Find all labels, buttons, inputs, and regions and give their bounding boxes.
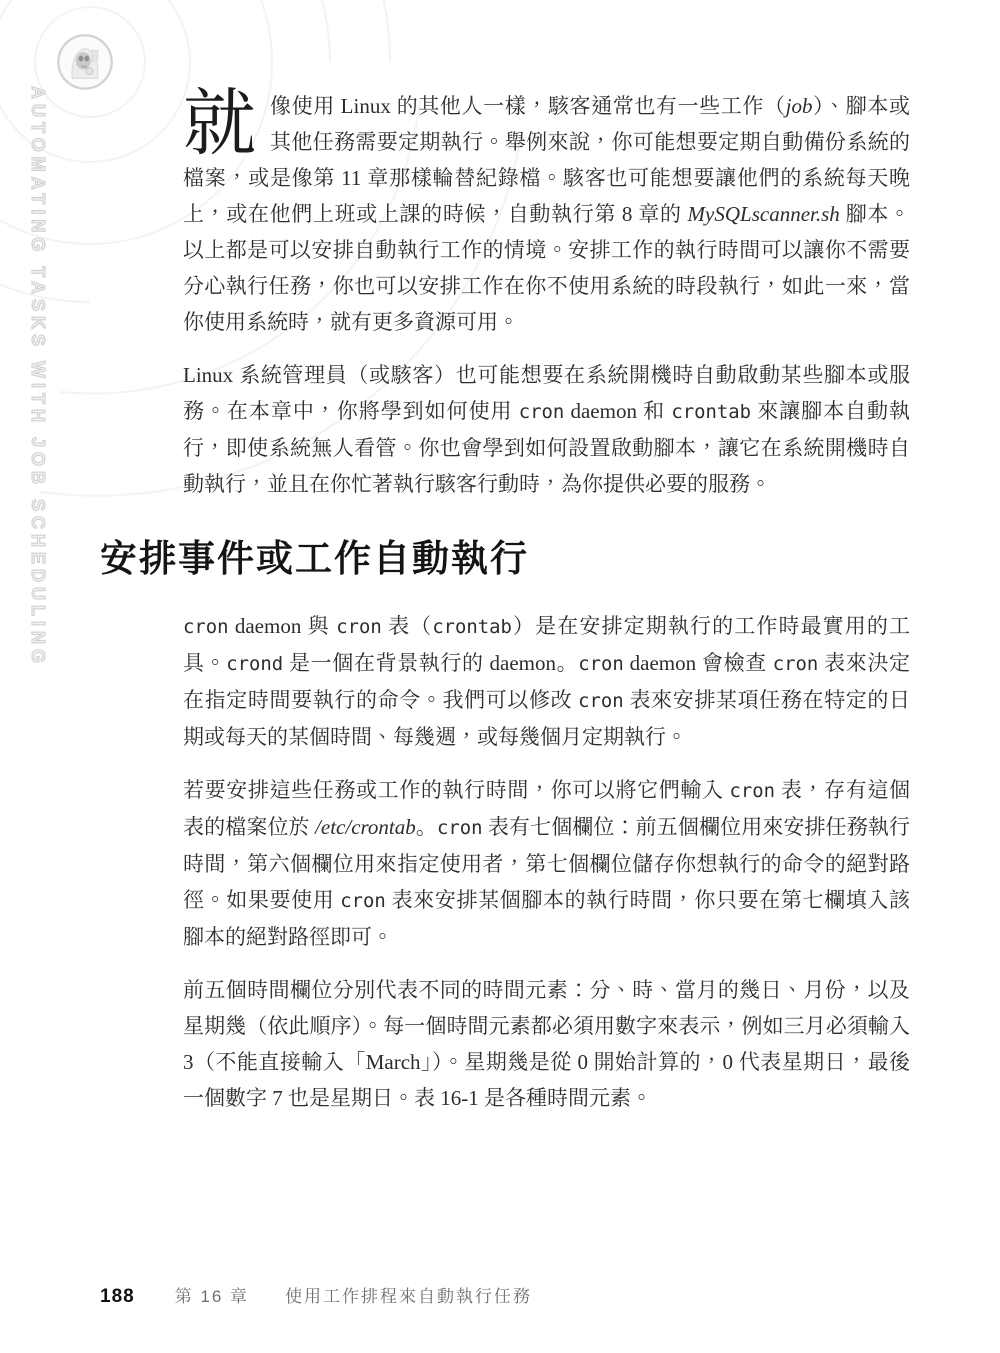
- text-run: cron: [578, 690, 624, 712]
- page-number: 188: [100, 1286, 135, 1308]
- text-run: job: [786, 94, 813, 118]
- footer-chapter-label: 第 16 章: [175, 1282, 249, 1307]
- text-run: crond: [226, 653, 283, 675]
- text-run: 像使用 Linux 的其他人一樣，駭客通常也有一些工作（: [270, 94, 786, 118]
- drop-cap: 就: [183, 88, 270, 155]
- text-run: cron: [340, 890, 386, 912]
- text-run: cron: [437, 817, 483, 839]
- chapter-banner-vertical-text: AUTOMATING TASKS WITH JOB SCHEDULING: [27, 86, 48, 746]
- text-run: cron: [183, 616, 229, 638]
- text-run: MySQLscanner.sh: [688, 202, 840, 226]
- text-run: cron: [519, 401, 565, 423]
- text-run: 。: [416, 815, 437, 839]
- hooded-hacker-medallion-icon: [56, 33, 114, 91]
- text-run: 表（: [382, 614, 433, 638]
- footer-chapter-title: 使用工作排程來自動執行任務: [285, 1282, 532, 1307]
- body-paragraph: 就像使用 Linux 的其他人一樣，駭客通常也有一些工作（job）、腳本或其他任…: [183, 88, 910, 340]
- text-run: cron: [773, 653, 819, 675]
- text-run: daemon 會檢查: [624, 651, 773, 675]
- body-paragraph: 前五個時間欄位分別代表不同的時間元素：分、時、當月的幾日、月份，以及星期幾（依此…: [183, 972, 910, 1116]
- text-run: 若要安排這些任務或工作的執行時間，你可以將它們輸入: [183, 778, 730, 802]
- text-run: 是一個在背景執行的 daemon。: [283, 651, 578, 675]
- text-run: 前五個時間欄位分別代表不同的時間元素：分、時、當月的幾日、月份，以及星期幾（依此…: [183, 978, 910, 1110]
- text-run: crontab: [432, 616, 512, 638]
- body-paragraph: cron daemon 與 cron 表（crontab）是在安排定期執行的工作…: [183, 608, 910, 755]
- text-run: daemon 和: [564, 399, 671, 423]
- text-run: /etc/crontab: [315, 815, 416, 839]
- page-footer: 188 第 16 章 使用工作排程來自動執行任務: [100, 1282, 532, 1308]
- text-run: crontab: [671, 401, 751, 423]
- book-page: AUTOMATING TASKS WITH JOB SCHEDULING 就像使…: [0, 0, 1000, 1353]
- opening-paragraphs: 就像使用 Linux 的其他人一樣，駭客通常也有一些工作（job）、腳本或其他任…: [183, 88, 910, 502]
- body-paragraph: Linux 系統管理員（或駭客）也可能想要在系統開機時自動啟動某些腳本或服務。在…: [183, 357, 910, 502]
- text-run: daemon 與: [229, 614, 337, 638]
- section-heading: 安排事件或工作自動執行: [100, 528, 910, 582]
- text-run: cron: [578, 653, 624, 675]
- section-paragraphs: cron daemon 與 cron 表（crontab）是在安排定期執行的工作…: [183, 608, 910, 1116]
- text-run: cron: [336, 616, 382, 638]
- body-paragraph: 若要安排這些任務或工作的執行時間，你可以將它們輸入 cron 表，存有這個表的檔…: [183, 772, 910, 955]
- text-run: cron: [730, 780, 776, 802]
- main-text-column: 就像使用 Linux 的其他人一樣，駭客通常也有一些工作（job）、腳本或其他任…: [183, 88, 910, 1133]
